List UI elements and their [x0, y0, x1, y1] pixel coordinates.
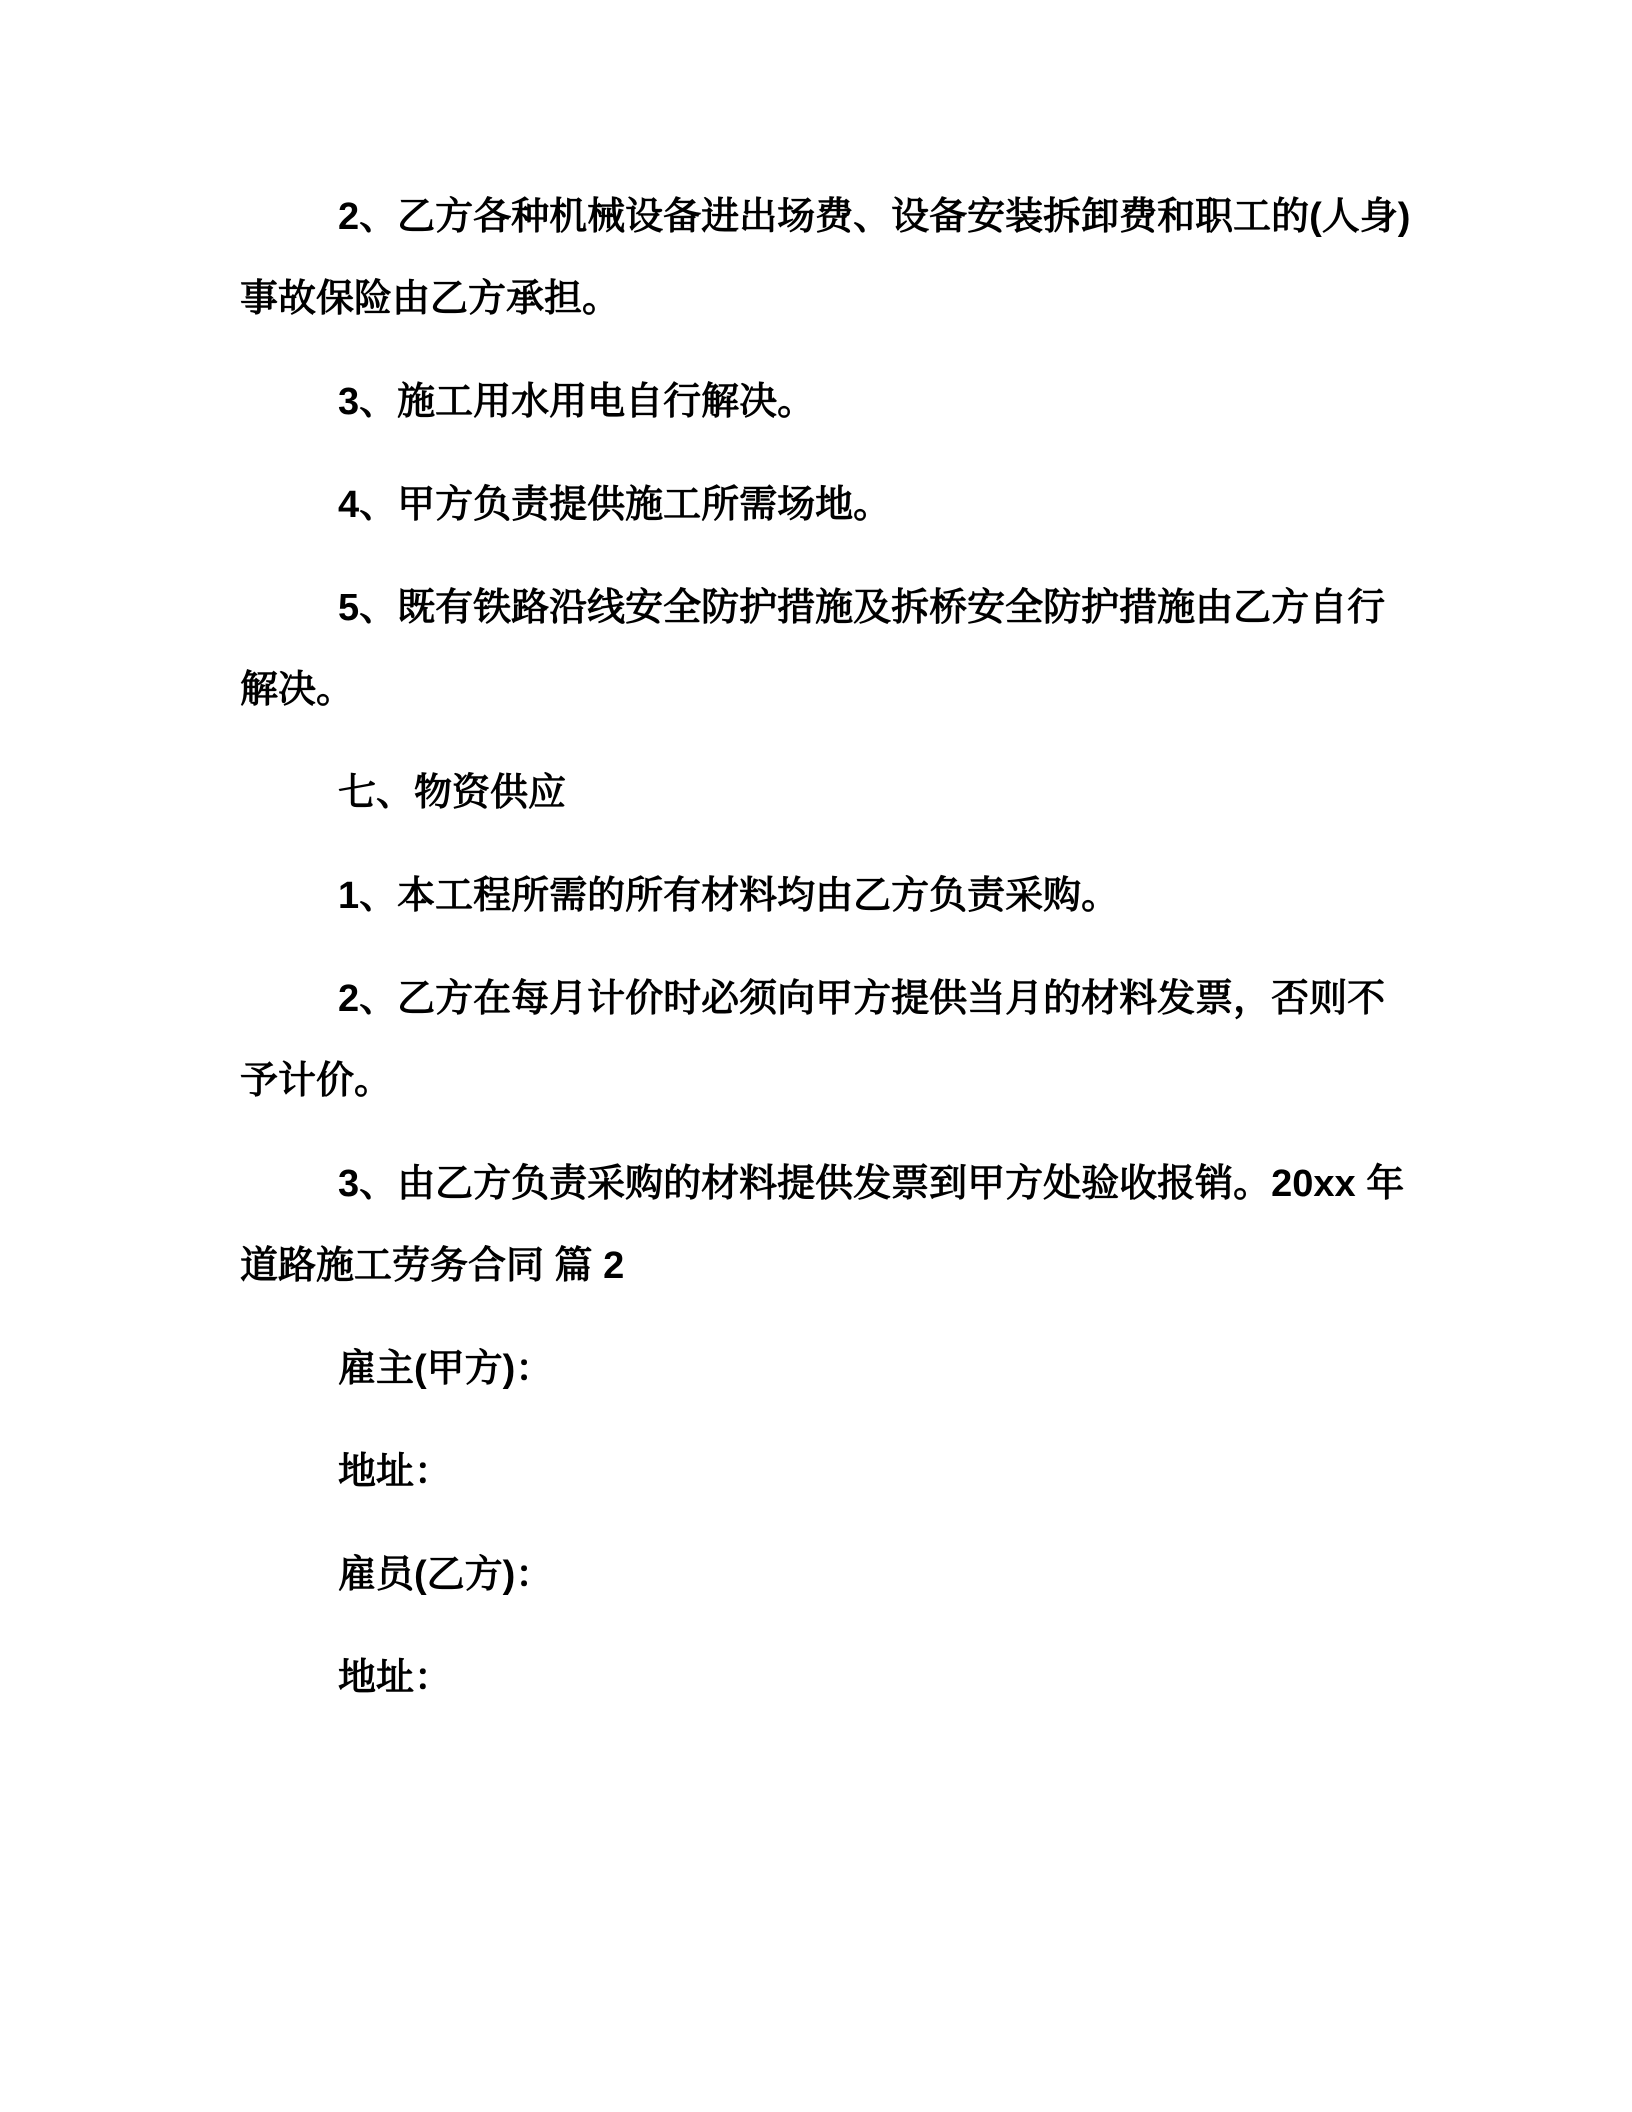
- clause-invoice-reimbursement-part2-title: 3、由乙方负责采购的材料提供发票到甲方处验收报销。20xx 年 道路施工劳务合同…: [240, 1143, 1400, 1307]
- field-employer-address: 地址：: [240, 1431, 1400, 1513]
- doc-line: 4、甲方负责提供施工所需场地。: [240, 464, 1400, 546]
- doc-line: 雇主(甲方)：: [240, 1328, 1400, 1410]
- doc-line: 3、由乙方负责采购的材料提供发票到甲方处验收报销。20xx 年: [240, 1143, 1400, 1225]
- clause-site-provision: 4、甲方负责提供施工所需场地。: [240, 464, 1400, 546]
- doc-line: 事故保险由乙方承担。: [240, 258, 1400, 340]
- doc-line: 2、乙方在每月计价时必须向甲方提供当月的材料发票，否则不: [240, 958, 1400, 1040]
- doc-line: 1、本工程所需的所有材料均由乙方负责采购。: [240, 855, 1400, 937]
- field-employee-address: 地址：: [240, 1637, 1400, 1719]
- doc-line: 5、既有铁路沿线安全防护措施及拆桥安全防护措施由乙方自行: [240, 567, 1400, 649]
- section-heading-materials-supply: 七、物资供应: [240, 752, 1400, 834]
- clause-equipment-fees: 2、乙方各种机械设备进出场费、设备安装拆卸费和职工的(人身) 事故保险由乙方承担…: [240, 176, 1400, 340]
- doc-line: 2、乙方各种机械设备进出场费、设备安装拆卸费和职工的(人身): [240, 176, 1400, 258]
- field-employee: 雇员(乙方)：: [240, 1534, 1400, 1616]
- doc-line: 地址：: [240, 1431, 1400, 1513]
- contract-page: 2、乙方各种机械设备进出场费、设备安装拆卸费和职工的(人身) 事故保险由乙方承担…: [0, 0, 1632, 2112]
- clause-safety-protection: 5、既有铁路沿线安全防护措施及拆桥安全防护措施由乙方自行 解决。: [240, 567, 1400, 731]
- clause-materials-procurement: 1、本工程所需的所有材料均由乙方负责采购。: [240, 855, 1400, 937]
- clause-monthly-invoice: 2、乙方在每月计价时必须向甲方提供当月的材料发票，否则不 予计价。: [240, 958, 1400, 1122]
- doc-line: 地址：: [240, 1637, 1400, 1719]
- clause-water-electricity: 3、施工用水用电自行解决。: [240, 361, 1400, 443]
- doc-line: 解决。: [240, 649, 1400, 731]
- doc-line: 予计价。: [240, 1040, 1400, 1122]
- doc-line: 3、施工用水用电自行解决。: [240, 361, 1400, 443]
- contract-text-block: 2、乙方各种机械设备进出场费、设备安装拆卸费和职工的(人身) 事故保险由乙方承担…: [240, 176, 1400, 1740]
- doc-line: 雇员(乙方)：: [240, 1534, 1400, 1616]
- doc-line: 道路施工劳务合同 篇 2: [240, 1225, 1400, 1307]
- doc-line: 七、物资供应: [240, 752, 1400, 834]
- field-employer: 雇主(甲方)：: [240, 1328, 1400, 1410]
